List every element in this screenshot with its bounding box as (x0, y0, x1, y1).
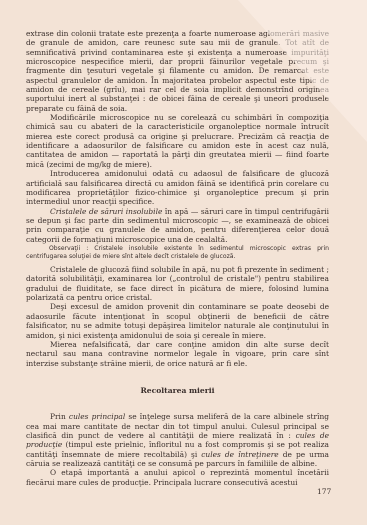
paragraph: Modificările microscopice nu se coreleaz… (26, 113, 329, 169)
paragraph-harvest: Prin cules principal se înţelege sursa m… (26, 412, 329, 468)
italic-term: Cristalele de săruri insolubile (50, 207, 162, 216)
text: în apă (162, 207, 188, 216)
observation-note: Observaţii : Cristalele insolubile exist… (26, 245, 329, 261)
section-title: Recoltarea mierii (26, 386, 329, 395)
italic-term: cules principal (69, 412, 125, 421)
italic-term: cules de întreţinere (201, 450, 278, 459)
page-number: 177 (317, 487, 331, 496)
paragraph: Cristalele de glucoză fiind solubile în … (26, 265, 329, 302)
paragraph: O etapă importantă a anului apicol o rep… (26, 468, 329, 487)
paragraph: Introducerea amidonului odată cu adaosul… (26, 169, 329, 206)
paragraph: Mierea nefalsificată, dar care conţine a… (26, 340, 329, 368)
text: Prin (50, 412, 69, 421)
paragraph-crystals: Cristalele de săruri insolubile în apă —… (26, 207, 329, 244)
paragraph: Deşi excesul de amidon provenit din cont… (26, 302, 329, 339)
page-body: extrase din colonii tratate este prezenţ… (26, 29, 329, 487)
note-label: Observaţii : (26, 245, 88, 252)
paragraph: extrase din colonii tratate este prezenţ… (26, 29, 329, 113)
